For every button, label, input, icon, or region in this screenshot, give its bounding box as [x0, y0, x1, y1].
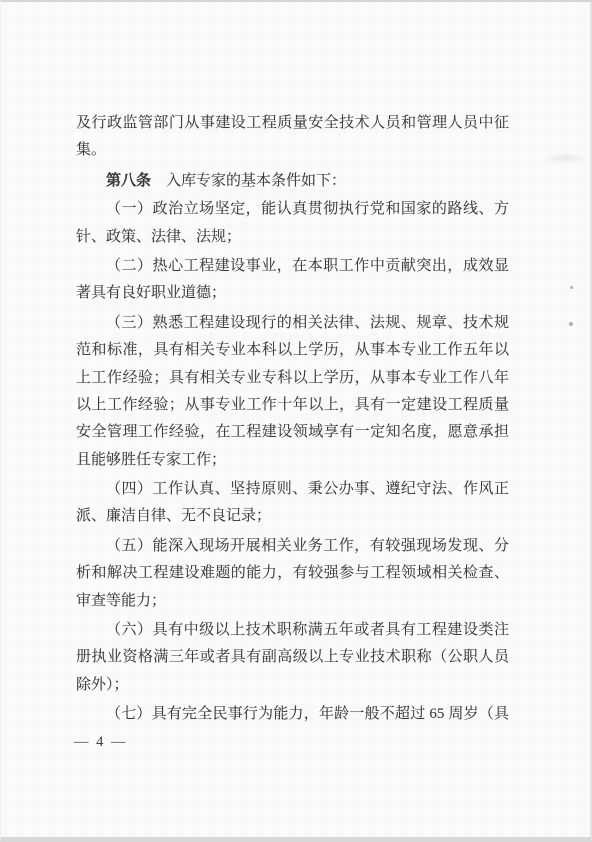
text-line: 以上工作经验；从事专业工作十年以上，具有一定建设工程质量 [76, 392, 509, 419]
scan-smudge [544, 152, 588, 164]
text-line: 册执业资格满三年或者具有副高级以上专业技术职称（公职人员 [76, 644, 509, 671]
text-line: 审查等能力； [76, 588, 509, 615]
text-line: 除外）； [76, 672, 509, 699]
text-line: （七）具有完全民事行为能力，年龄一般不超过 65 周岁（具 [76, 701, 509, 728]
scanned-document-page: 及行政监管部门从事建设工程质量安全技术人员和管理人员中征集。第八条 入库专家的基… [0, 0, 592, 842]
text-line: 派、廉洁自律、无不良记录； [76, 503, 509, 530]
text-line: （一）政治立场坚定，能认真贯彻执行党和国家的路线、方 [76, 196, 509, 223]
text-line: 上工作经验；具有相关专业专科以上学历，从事本专业工作八年 [76, 365, 509, 392]
text-line: 及行政监管部门从事建设工程质量安全技术人员和管理人员中征 [76, 110, 509, 137]
scan-speck [570, 286, 573, 289]
text-line: 安全管理工作经验，在工程建设领域享有一定知名度，愿意承担 [76, 419, 509, 446]
text-line: （五）能深入现场开展相关业务工作，有较强现场发现、分 [76, 533, 509, 560]
article-number-bold: 第八条 [106, 172, 151, 189]
text-line: （六）具有中级以上技术职称满五年或者具有工程建设类注 [76, 617, 509, 644]
text-line: 析和解决工程建设难题的能力，有较强参与工程领域相关检查、 [76, 560, 509, 587]
text-line: （二）热心工程建设事业，在本职工作中贡献突出，成效显 [76, 253, 509, 280]
text-line: 集。 [76, 137, 509, 164]
text-line: 著具有良好职业道德； [76, 280, 509, 307]
text-line: 针、政策、法律、法规； [76, 224, 509, 251]
text-line: （三）熟悉工程建设现行的相关法律、法规、规章、技术规 [76, 310, 509, 337]
page-number: — 4 — [74, 732, 128, 752]
text-line: 第八条 入库专家的基本条件如下： [76, 167, 509, 194]
text-line: 范和标准，具有相关专业本科以上学历，从事本专业工作五年以 [76, 337, 509, 364]
text-line: 且能够胜任专家工作； [76, 447, 509, 474]
scan-speck [569, 322, 573, 326]
text-block: 及行政监管部门从事建设工程质量安全技术人员和管理人员中征集。第八条 入库专家的基… [76, 110, 509, 729]
text-line: （四）工作认真、坚持原则、秉公办事、遵纪守法、作风正 [76, 476, 509, 503]
